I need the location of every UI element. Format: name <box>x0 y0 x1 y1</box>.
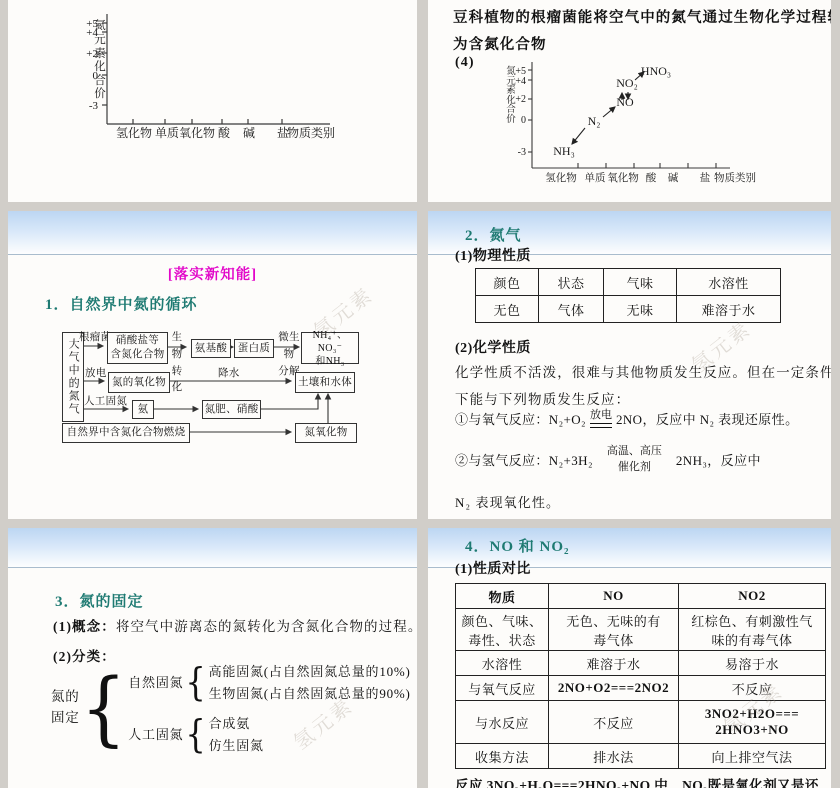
box-burning-compounds: 自然界中含氮化合物燃烧 <box>62 423 190 443</box>
table-cell: 易溶于水 <box>679 651 826 676</box>
point-no2: NO₂ <box>616 76 638 90</box>
table-cell: 2NO+O2===2NO2 <box>549 676 679 701</box>
condition-catalyst: 催化剂 <box>618 461 651 474</box>
svg-text:碱: 碱 <box>668 171 679 184</box>
concept-text: 将空气中游离态的氮转化为含氮化合物的过程。 <box>116 619 417 634</box>
slide-2-legume-text-chart: 豆科植物的根瘤菌能将空气中的氮气通过生物化学过程转化 为含氮化合物 (4) 氮 … <box>428 0 831 202</box>
box-soil-and-water: 土壤和水体 <box>295 372 355 393</box>
table-cell: 无味 <box>604 296 677 323</box>
table-cell: 红棕色、有刺激性气 味的有毒气体 <box>679 609 826 651</box>
inner-brace: { <box>185 714 206 752</box>
box-ammonia: 氨 <box>132 400 154 419</box>
condition-discharge: 放电 <box>590 409 612 422</box>
svg-text:-3: -3 <box>89 100 99 112</box>
svg-text:价: 价 <box>94 87 106 100</box>
table-cell: 难溶于水 <box>677 296 781 323</box>
outer-brace: { <box>81 667 128 748</box>
heading-fixation: 3．氮的固定 <box>55 590 144 611</box>
point-nh3: NH₃ <box>553 144 575 158</box>
table-cell: 无色 <box>476 296 539 323</box>
condition-high-temp-pressure: 高温、高压 <box>607 445 662 458</box>
tree-root: 氮的 固定 <box>51 687 80 729</box>
equation-left: ①与氧气反应：N₂+O₂ <box>455 409 586 428</box>
svg-text:氢化物: 氢化物 <box>116 125 152 140</box>
svg-text:0: 0 <box>93 70 99 82</box>
svg-text:+4: +4 <box>515 76 526 87</box>
point-n2: N₂ <box>588 114 601 128</box>
table-cell: 不反应 <box>549 701 679 744</box>
svg-text:+2: +2 <box>515 94 526 105</box>
x-axis-label: 物质类别 <box>287 125 335 140</box>
artificial-fixation-group: 人工固氮 { 合成氨 仿生固氮 <box>128 713 410 754</box>
slide-header-band <box>8 211 417 255</box>
table-header-cell: NO <box>549 584 679 609</box>
svg-text:盐: 盐 <box>700 171 711 184</box>
table-cell: 与水反应 <box>456 701 549 744</box>
footer-reaction-note: 反应 3NO₂+H₂O===2HNO₃+NO 中，NO₂既是氧化剂又是还 <box>455 774 819 788</box>
table-header-cell: 物质 <box>456 584 549 609</box>
box-nitrogen-oxides: 氮的氧化物 <box>108 372 170 393</box>
table-cell: 颜色、气味、 毒性、状态 <box>456 609 549 651</box>
box-amino-acid: 氨基酸 <box>191 339 231 358</box>
svg-text:+4: +4 <box>86 27 98 39</box>
x-tick-labels: 氢化物 单质 氧化物 酸 碱 盐 物质类别 <box>545 171 756 184</box>
double-equals-line <box>590 423 612 428</box>
equation-condition: 高温、高压 催化剂 <box>607 445 662 474</box>
svg-text:+2: +2 <box>86 48 98 60</box>
subheading-chemical: (2)化学性质 <box>455 337 531 357</box>
subheading-physical: (1)物理性质 <box>455 245 531 265</box>
tree-item: 高能固氮(占自然固氮总量的10%) <box>209 661 411 680</box>
slide-6-no-no2-comparison: 4．NO 和 NO₂ (1)性质对比 氢元素 物质 NO NO2 颜色、气味、 … <box>428 528 831 788</box>
heading-nitrogen-cycle: 1．自然界中氮的循环 <box>45 293 198 314</box>
chemical-text-line-2: 下能与下列物质发生反应： <box>455 388 630 408</box>
point-hno3: HNO₃ <box>641 64 671 78</box>
tree-item: 仿生固氮 <box>209 735 264 754</box>
svg-text:氢化物: 氢化物 <box>545 171 577 184</box>
svg-text:酸: 酸 <box>218 126 231 140</box>
svg-text:单质: 单质 <box>585 171 606 184</box>
tree-item: 合成氨 <box>209 713 264 732</box>
table-header-cell: 状态 <box>539 269 604 296</box>
table-header-cell: 气味 <box>604 269 677 296</box>
table-cell: 水溶性 <box>456 651 549 676</box>
concept-label: (1)概念： <box>53 619 116 634</box>
box-ammonium-nitrate-ions: NH₄⁺、NO₃⁻ 和NH₃ <box>301 332 359 364</box>
fixation-classification-tree: 氮的 固定 { 自然固氮 { 高能固氮(占自然固氮总量的10%) 生物固氮(占自… <box>51 661 411 754</box>
label-bio-transform: 生物 转化 <box>167 330 187 397</box>
label-artificial-fixation: 人工固氮 <box>84 395 127 409</box>
natural-fixation-group: 自然固氮 { 高能固氮(占自然固氮总量的10%) 生物固氮(占自然固氮总量的90… <box>128 661 410 702</box>
table-cell: 不反应 <box>679 676 826 701</box>
equation-left: ②与氢气反应：N₂+3H₂ <box>455 450 593 469</box>
svg-text:价: 价 <box>506 113 516 125</box>
y-tick-labels: +5 +4 +2 0 -3 <box>515 66 526 158</box>
label-discharge: 放电 <box>85 367 107 381</box>
table-cell: 与氧气反应 <box>456 676 549 701</box>
x-tick-labels: 氢化物 单质 氧化物 酸 碱 盐 物质类别 <box>116 125 335 140</box>
x-axis-label: 物质类别 <box>714 171 756 184</box>
slide-3-nitrogen-cycle: [落实新知能] 1．自然界中氮的循环 氢元素 大气中的氮气 根瘤菌 硝酸盐等 含… <box>8 211 417 519</box>
table-cell: 无色、无味的有 毒气体 <box>549 609 679 651</box>
chemical-text-line-3: N₂ 表现氧化性。 <box>455 492 560 511</box>
slide-header-band <box>8 528 417 568</box>
svg-text:酸: 酸 <box>646 171 657 184</box>
point-no: NO <box>616 95 634 109</box>
slide-1-valence-chart-blank: 氮 元 素 化 合 价 +5 +4 +2 0 -3 氢化物 单质 氧化物 酸 碱… <box>8 0 417 202</box>
box-fertilizer-nitric-acid: 氮肥、硝酸 <box>202 400 261 419</box>
reaction-with-oxygen: ①与氧气反应：N₂+O₂ 放电 2NO，反应中 N₂ 表现还原性。 <box>455 409 798 428</box>
label-rain: 降水 <box>218 367 240 381</box>
svg-text:氧化物: 氧化物 <box>179 125 215 140</box>
natural-fixation-label: 自然固氮 <box>128 672 183 691</box>
table-cell: 排水法 <box>549 744 679 769</box>
chemical-text-line-1: 化学性质不活泼，很难与其他物质发生反应。但在一定条件 <box>455 361 831 381</box>
heading-no-no2: 4．NO 和 NO₂ <box>465 535 570 556</box>
table-cell: 难溶于水 <box>549 651 679 676</box>
slide-4-n2-properties: 2．氮气 (1)物理性质 氢元素 颜色 状态 气味 水溶性 无色 气体 无味 难… <box>428 211 831 519</box>
table-cell: 气体 <box>539 296 604 323</box>
physical-properties-table: 颜色 状态 气味 水溶性 无色 气体 无味 难溶于水 <box>475 268 781 323</box>
tree-root-line1: 氮的 <box>51 687 80 708</box>
box-protein: 蛋白质 <box>234 339 274 358</box>
svg-text:-3: -3 <box>518 147 526 158</box>
slide-5-nitrogen-fixation: 3．氮的固定 氢元素 (1)概念：将空气中游离态的氮转化为含氮化合物的过程。 (… <box>8 528 417 788</box>
no-no2-comparison-table: 物质 NO NO2 颜色、气味、 毒性、状态 无色、无味的有 毒气体 红棕色、有… <box>455 583 826 769</box>
subheading-comparison: (1)性质对比 <box>455 558 531 578</box>
table-cell: 3NO2+H2O=== 2HNO3+NO <box>679 701 826 744</box>
svg-text:碱: 碱 <box>243 125 255 140</box>
valence-chart-points: 氮 元 素 化 合 价 +5 +4 +2 0 -3 氢化物 单质 氧化物 酸 碱… <box>428 0 831 202</box>
table-cell: 收集方法 <box>456 744 549 769</box>
data-point-labels: NH₃ N₂ NO NO₂ HNO₃ <box>553 64 671 158</box>
equation-condition: 放电 <box>590 409 612 428</box>
table-header-cell: NO2 <box>679 584 826 609</box>
reaction-with-hydrogen: ②与氢气反应：N₂+3H₂ 高温、高压 催化剂 2NH₃，反应中 <box>455 445 761 474</box>
svg-text:氧化物: 氧化物 <box>607 171 639 184</box>
artificial-fixation-label: 人工固氮 <box>128 724 183 743</box>
slides-preview-page: { "page": {"background": "#d1cec9", "sli… <box>0 0 840 788</box>
tree-item: 生物固氮(占自然固氮总量的90%) <box>209 683 411 702</box>
valence-chart-blank: 氮 元 素 化 合 价 +5 +4 +2 0 -3 氢化物 单质 氧化物 酸 碱… <box>8 0 417 202</box>
tree-root-line2: 固定 <box>51 708 80 729</box>
inner-brace: { <box>185 662 206 700</box>
heading-n2: 2．氮气 <box>465 224 522 245</box>
equation-right: 2NO，反应中 N₂ 表现还原性。 <box>616 409 799 428</box>
box-nitrate: 硝酸盐等 含氮化合物 <box>107 332 168 364</box>
box-atmospheric-n2: 大气中的氮气 <box>62 332 84 422</box>
box-nox: 氮氧化物 <box>295 423 357 443</box>
equation-right: 2NH₃，反应中 <box>676 450 761 469</box>
table-cell: 向上排空气法 <box>679 744 826 769</box>
svg-text:单质: 单质 <box>155 125 179 140</box>
table-header-cell: 水溶性 <box>677 269 781 296</box>
svg-text:0: 0 <box>521 115 526 126</box>
table-header-cell: 颜色 <box>476 269 539 296</box>
